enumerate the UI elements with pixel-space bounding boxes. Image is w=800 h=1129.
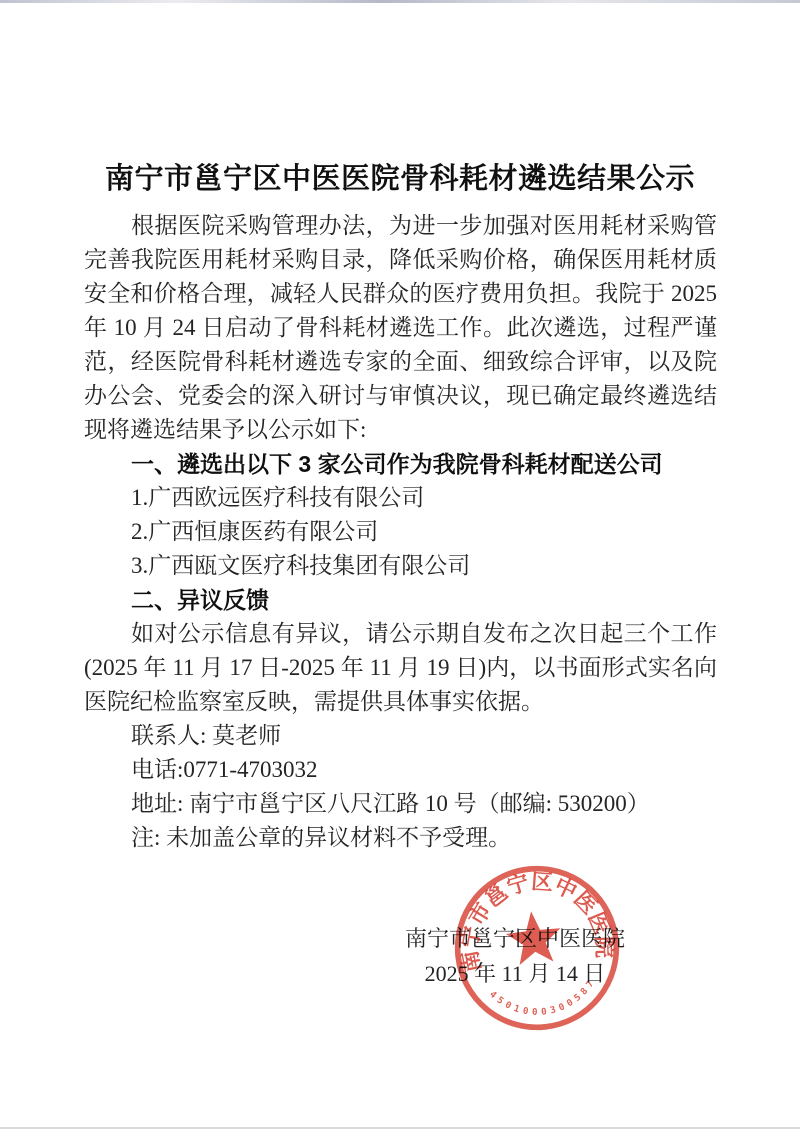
signature-block: 南宁市邕宁区中医医院 2025 年 11 月 14 日 bbox=[398, 921, 632, 991]
paragraph-line: 如对公示信息有异议，请公示期自发布之次日起三个工作日 bbox=[84, 617, 717, 651]
paragraph-line: 范，经医院骨科耗材遴选专家的全面、细致综合评审，以及院长 bbox=[84, 345, 717, 379]
paragraph-line: 医院纪检监察室反映，需提供具体事实依据。 bbox=[84, 685, 717, 719]
document-body: 根据医院采购管理办法，为进一步加强对医用耗材采购管理， 完善我院医用耗材采购目录… bbox=[84, 209, 717, 855]
paragraph-line: 完善我院医用耗材采购目录，降低采购价格，确保医用耗材质量 bbox=[84, 243, 717, 277]
page-title: 南宁市邕宁区中医医院骨科耗材遴选结果公示 bbox=[0, 156, 800, 197]
section-heading-selected-companies: 一、遴选出以下 3 家公司作为我院骨科耗材配送公司 bbox=[84, 447, 717, 481]
company-list-item: 3.广西瓯文医疗科技集团有限公司 bbox=[84, 549, 717, 583]
paragraph-line: (2025 年 11 月 17 日-2025 年 11 月 19 日)内，以书面… bbox=[84, 651, 717, 685]
paragraph-line: 现将遴选结果予以公示如下: bbox=[84, 413, 717, 447]
paragraph-line: 安全和价格合理，减轻人民群众的医疗费用负担。我院于 2025 bbox=[84, 277, 717, 311]
paragraph-line: 根据医院采购管理办法，为进一步加强对医用耗材采购管理， bbox=[84, 209, 717, 243]
company-list-item: 1.广西欧远医疗科技有限公司 bbox=[84, 481, 717, 515]
contact-address: 地址: 南宁市邕宁区八尺江路 10 号（邮编: 530200） bbox=[84, 787, 717, 821]
signature-date: 2025 年 11 月 14 日 bbox=[398, 956, 632, 991]
paragraph-line: 办公会、党委会的深入研讨与审慎决议，现已确定最终遴选结果。 bbox=[84, 379, 717, 413]
contact-phone: 电话:0771-4703032 bbox=[84, 753, 717, 787]
scanned-notice-page: { "page": { "title": "南宁市邕宁区中医医院骨科耗材遴选结果… bbox=[0, 0, 800, 1129]
section-heading-objection-feedback: 二、异议反馈 bbox=[84, 583, 717, 617]
contact-person: 联系人: 莫老师 bbox=[84, 719, 717, 753]
contact-note: 注: 未加盖公章的异议材料不予受理。 bbox=[84, 821, 717, 855]
company-list-item: 2.广西恒康医药有限公司 bbox=[84, 515, 717, 549]
paragraph-line: 年 10 月 24 日启动了骨科耗材遴选工作。此次遴选，过程严谨规 bbox=[84, 311, 717, 345]
scan-artifact-top-edge bbox=[0, 0, 800, 3]
signature-org-name: 南宁市邕宁区中医医院 bbox=[398, 921, 632, 956]
